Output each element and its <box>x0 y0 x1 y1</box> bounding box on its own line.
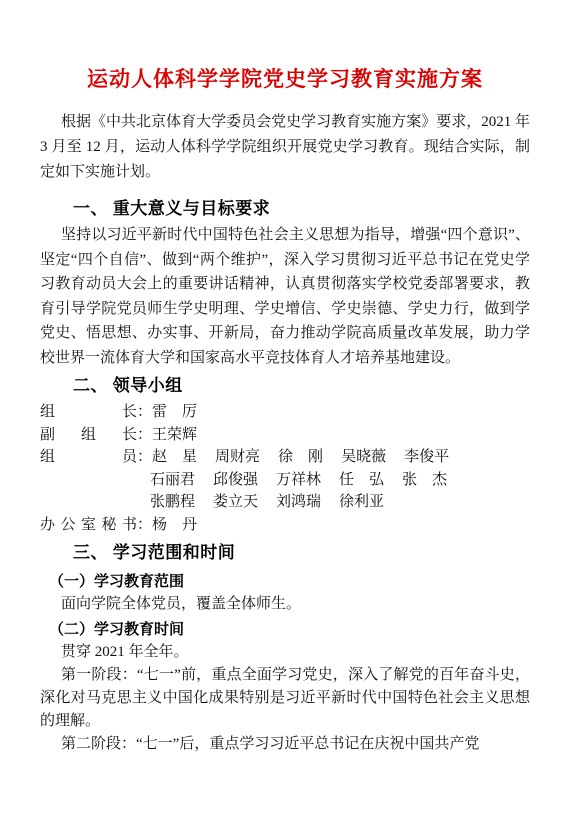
person-name: 赵 星 <box>152 446 197 469</box>
person-name: 杨 丹 <box>152 514 197 537</box>
document-content: 运动人体科学学院党史学习教育实施方案 根据《中共北京体育大学委员会党史学习教育实… <box>0 0 570 756</box>
section1-heading: 一、 重大意义与目标要求 <box>40 197 530 221</box>
intro-paragraph: 根据《中共北京体育大学委员会党史学习教育实施方案》要求，2021 年 3 月至 … <box>40 110 530 185</box>
person-name: 张鹏程 <box>150 491 195 514</box>
roster-names-secretary: 杨 丹 <box>152 514 197 537</box>
person-name: 万祥林 <box>276 469 321 492</box>
roster-row-members-3: 张鹏程 娄立天 刘鸿瑞 徐利亚 <box>40 491 530 514</box>
section3-sub2-heading: （二）学习教育时间 <box>40 619 530 641</box>
roster-row-members-1: 组员： 赵 星 周财亮 徐 刚 吴晓薇 李俊平 <box>40 446 530 469</box>
roster-names-leader: 雷 厉 <box>152 401 197 424</box>
roster-names-deputy: 王荣辉 <box>152 424 197 447</box>
person-name: 雷 厉 <box>152 401 197 424</box>
person-name: 周财亮 <box>215 446 260 469</box>
section1-paragraph: 坚持以习近平新时代中国特色社会主义思想为指导，增强“四个意识”、坚定“四个自信”… <box>40 223 530 370</box>
roster-names-members-2: 石丽君 邱俊强 万祥林 任 弘 张 杰 <box>150 469 447 492</box>
person-name: 张 杰 <box>402 469 447 492</box>
roster-colon: ： <box>137 401 152 424</box>
person-name: 石丽君 <box>150 469 195 492</box>
person-name: 邱俊强 <box>213 469 258 492</box>
person-name: 娄立天 <box>213 491 258 514</box>
person-name: 吴晓薇 <box>341 446 386 469</box>
doc-title: 运动人体科学学院党史学习教育实施方案 <box>40 64 530 94</box>
section3-sub2-paragraph-3: 第二阶段：“七一”后，重点学习习近平总书记在庆祝中国共产党 <box>40 733 530 756</box>
person-name: 任 弘 <box>339 469 384 492</box>
roster-row-leader: 组长： 雷 厉 <box>40 401 530 424</box>
roster-row-members-2: 石丽君 邱俊强 万祥林 任 弘 张 杰 <box>40 469 530 492</box>
section3-sub2-paragraph-2: 第一阶段：“七一”前，重点全面学习党史，深入了解党的百年奋斗史，深化对马克思主义… <box>40 664 530 733</box>
person-name: 王荣辉 <box>152 424 197 447</box>
roster-label-secretary: 办公室秘书 <box>40 514 137 537</box>
document-page: 运动人体科学学院党史学习教育实施方案 根据《中共北京体育大学委员会党史学习教育实… <box>0 0 570 840</box>
section3-sub1-paragraph: 面向学院全体党员，覆盖全体师生。 <box>40 593 530 616</box>
section3-sub2-paragraph-1: 贯穿 2021 年全年。 <box>40 641 530 664</box>
roster-row-deputy: 副组长： 王荣辉 <box>40 424 530 447</box>
leadership-roster: 组长： 雷 厉 副组长： 王荣辉 组员： 赵 星 周财亮 徐 刚 吴晓薇 李俊平 <box>40 401 530 536</box>
roster-colon: ： <box>137 446 152 469</box>
roster-names-members-1: 赵 星 周财亮 徐 刚 吴晓薇 李俊平 <box>152 446 449 469</box>
roster-label-members: 组员 <box>40 446 137 469</box>
person-name: 徐利亚 <box>339 491 384 514</box>
roster-label-leader: 组长 <box>40 401 137 424</box>
roster-names-members-3: 张鹏程 娄立天 刘鸿瑞 徐利亚 <box>150 491 384 514</box>
roster-row-secretary: 办公室秘书： 杨 丹 <box>40 514 530 537</box>
person-name: 徐 刚 <box>278 446 323 469</box>
person-name: 刘鸿瑞 <box>276 491 321 514</box>
roster-label-deputy: 副组长 <box>40 424 137 447</box>
section3-sub1-heading: （一）学习教育范围 <box>40 571 530 593</box>
section2-heading: 二、 领导小组 <box>40 374 530 398</box>
section3-heading: 三、 学习范围和时间 <box>40 541 530 565</box>
roster-colon: ： <box>137 514 152 537</box>
person-name: 李俊平 <box>404 446 449 469</box>
roster-colon: ： <box>137 424 152 447</box>
